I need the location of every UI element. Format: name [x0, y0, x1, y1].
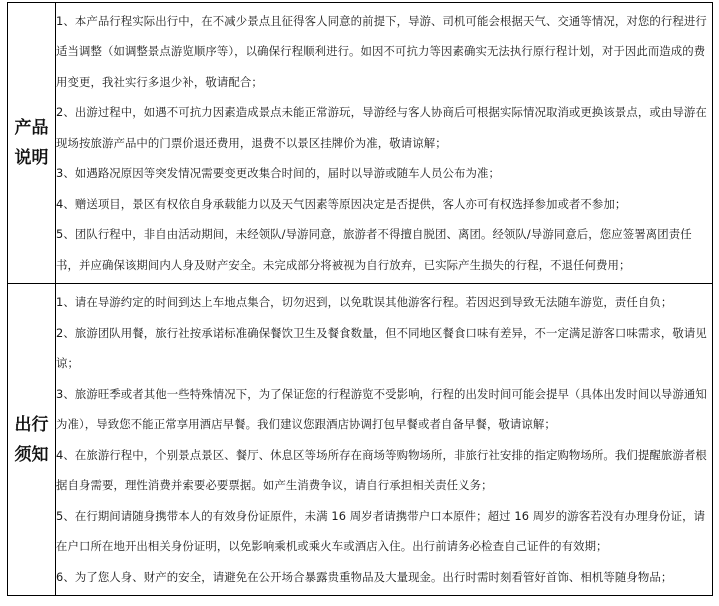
list-item: 3、如遇路况原因等突发情况需要变更改集合时间的，届时以导游或随车人员公布为准；: [56, 158, 712, 189]
section-content: 1、请在导游约定的时间到达上车地点集合，切勿迟到，以免耽误其他游客行程。若因迟到…: [56, 284, 713, 596]
list-item: 5、团队行程中，非自由活动期间，未经领队/导游同意，旅游者不得擅自脱团、离团。经…: [56, 219, 712, 280]
list-item: 4、赠送项目，景区有权依自身承载能力以及天气因素等原因决定是否提供，客人亦可有权…: [56, 189, 712, 220]
label-line: 须知: [8, 440, 55, 470]
list-item: 6、为了您人身、财产的安全，请避免在公开场合暴露贵重物品及大量现金。出行时需时刻…: [56, 562, 712, 593]
list-item: 3、旅游旺季或者其他一些特殊情况下，为了保证您的行程游览不受影响，行程的出发时间…: [56, 379, 712, 440]
label-line: 说明: [8, 143, 55, 173]
travel-info-table: 产品 说明 1、本产品行程实际出行中，在不减少景点且征得客人同意的前提下，导游、…: [7, 2, 713, 596]
section-label: 产品 说明: [8, 3, 56, 284]
list-item: 2、旅游团队用餐，旅行社按承诺标准确保餐饮卫生及餐食数量，但不同地区餐食口味有差…: [56, 318, 712, 379]
section-label: 出行 须知: [8, 284, 56, 596]
label-line: 出行: [8, 410, 55, 440]
section-content: 1、本产品行程实际出行中，在不减少景点且征得客人同意的前提下，导游、司机可能会根…: [56, 3, 713, 284]
list-item: 5、在行期间请随身携带本人的有效身份证原件，未满 16 周岁者请携带户口本原件；…: [56, 501, 712, 562]
list-item: 4、在旅游行程中，个别景点景区、餐厅、休息区等场所存在商场等购物场所，非旅行社安…: [56, 440, 712, 501]
section-travel-notice: 出行 须知 1、请在导游约定的时间到达上车地点集合，切勿迟到，以免耽误其他游客行…: [8, 284, 713, 596]
list-item: 1、请在导游约定的时间到达上车地点集合，切勿迟到，以免耽误其他游客行程。若因迟到…: [56, 287, 712, 318]
label-line: 产品: [8, 113, 55, 143]
list-item: 1、本产品行程实际出行中，在不减少景点且征得客人同意的前提下，导游、司机可能会根…: [56, 6, 712, 98]
section-product-description: 产品 说明 1、本产品行程实际出行中，在不减少景点且征得客人同意的前提下，导游、…: [8, 3, 713, 284]
list-item: 2、出游过程中，如遇不可抗力因素造成景点未能正常游玩，导游经与客人协商后可根据实…: [56, 97, 712, 158]
